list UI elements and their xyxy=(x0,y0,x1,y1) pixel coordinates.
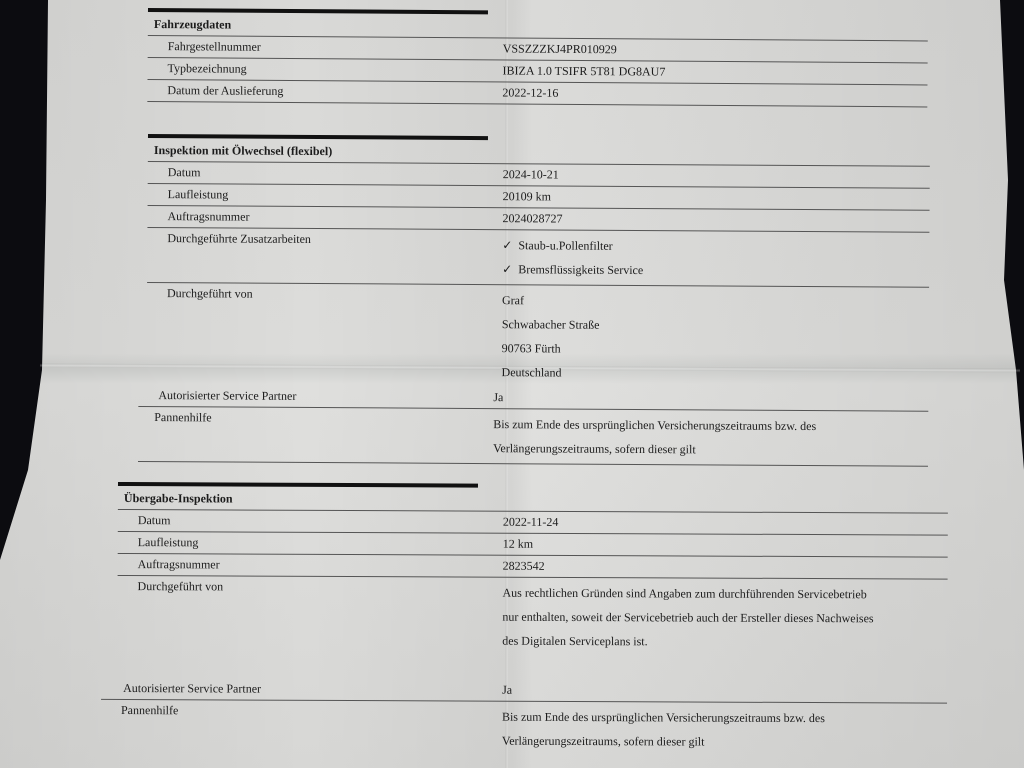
field-value: Graf Schwabacher Straße 90763 Fürth Deut… xyxy=(491,285,929,390)
checked-item: ✓Bremsflüssigkeits Service xyxy=(502,257,929,284)
field-label: Autorisierter Service Partner xyxy=(138,385,483,408)
section-divider-bar xyxy=(148,134,488,140)
field-label: Durchgeführt von xyxy=(146,283,492,387)
row-breakdown-assistance: Pannenhilfe Bis zum Ende des ursprünglic… xyxy=(138,407,928,467)
field-label: Auftragsnummer xyxy=(147,206,492,229)
row-additional-work: Durchgeführte Zusatzarbeiten ✓Staub-u.Po… xyxy=(147,228,929,288)
row-performed-by: Durchgeführt von Graf Schwabacher Straße… xyxy=(146,283,929,390)
field-label: Datum xyxy=(118,510,493,533)
field-value: Ja xyxy=(492,680,947,703)
field-label: Durchgeführt von xyxy=(117,576,492,680)
field-value: 2823542 xyxy=(493,556,948,579)
field-label: Auftragsnummer xyxy=(118,554,493,577)
field-value: Aus rechtlichen Gründen sind Angaben zum… xyxy=(492,578,947,682)
field-label: Durchgeführte Zusatzarbeiten xyxy=(147,228,492,284)
field-value: Bis zum Ende des ursprünglichen Versiche… xyxy=(483,409,928,466)
field-value: 2022-12-16 xyxy=(492,82,927,106)
field-label: Autorisierter Service Partner xyxy=(101,678,492,701)
field-label: Laufleistung xyxy=(148,184,493,207)
field-value: 20109 km xyxy=(493,186,930,210)
field-label: Typbezeichnung xyxy=(148,58,493,81)
field-value: 12 km xyxy=(493,534,948,557)
row-breakdown-assistance: Pannenhilfe Bis zum Ende des ursprünglic… xyxy=(101,700,947,758)
field-value: 2024-10-21 xyxy=(493,164,930,188)
field-value: 2024028727 xyxy=(492,208,929,232)
section-vehicle-data: Fahrzeugdaten Fahrgestellnummer VSSZZZKJ… xyxy=(147,8,928,107)
field-label: Fahrgestellnummer xyxy=(148,36,493,59)
checked-item: ✓Staub-u.Pollenfilter xyxy=(502,233,929,260)
field-value: ✓Staub-u.Pollenfilter ✓Bremsflüssigkeits… xyxy=(492,230,929,287)
field-label: Laufleistung xyxy=(118,532,493,555)
field-label: Pannenhilfe xyxy=(101,700,492,756)
field-value: 2022-11-24 xyxy=(493,512,948,535)
field-label: Datum xyxy=(148,162,493,185)
field-label: Datum der Auslieferung xyxy=(147,80,492,103)
field-value: Ja xyxy=(483,387,928,411)
field-value: IBIZA 1.0 TSIFR 5T81 DG8AU7 xyxy=(492,60,927,84)
section-divider-bar xyxy=(118,482,478,488)
field-label: Pannenhilfe xyxy=(138,407,483,463)
checkmark-icon: ✓ xyxy=(502,262,512,276)
field-value: VSSZZZKJ4PR010929 xyxy=(493,38,928,62)
field-value: Bis zum Ende des ursprünglichen Versiche… xyxy=(492,702,947,758)
section-handover-inspection: Übergabe-Inspektion Datum 2022-11-24 Lau… xyxy=(117,482,948,758)
row-performed-by: Durchgeführt von Aus rechtlichen Gründen… xyxy=(117,576,947,682)
section-oil-inspection: Inspektion mit Ölwechsel (flexibel) Datu… xyxy=(146,134,930,467)
checkmark-icon: ✓ xyxy=(502,238,512,252)
